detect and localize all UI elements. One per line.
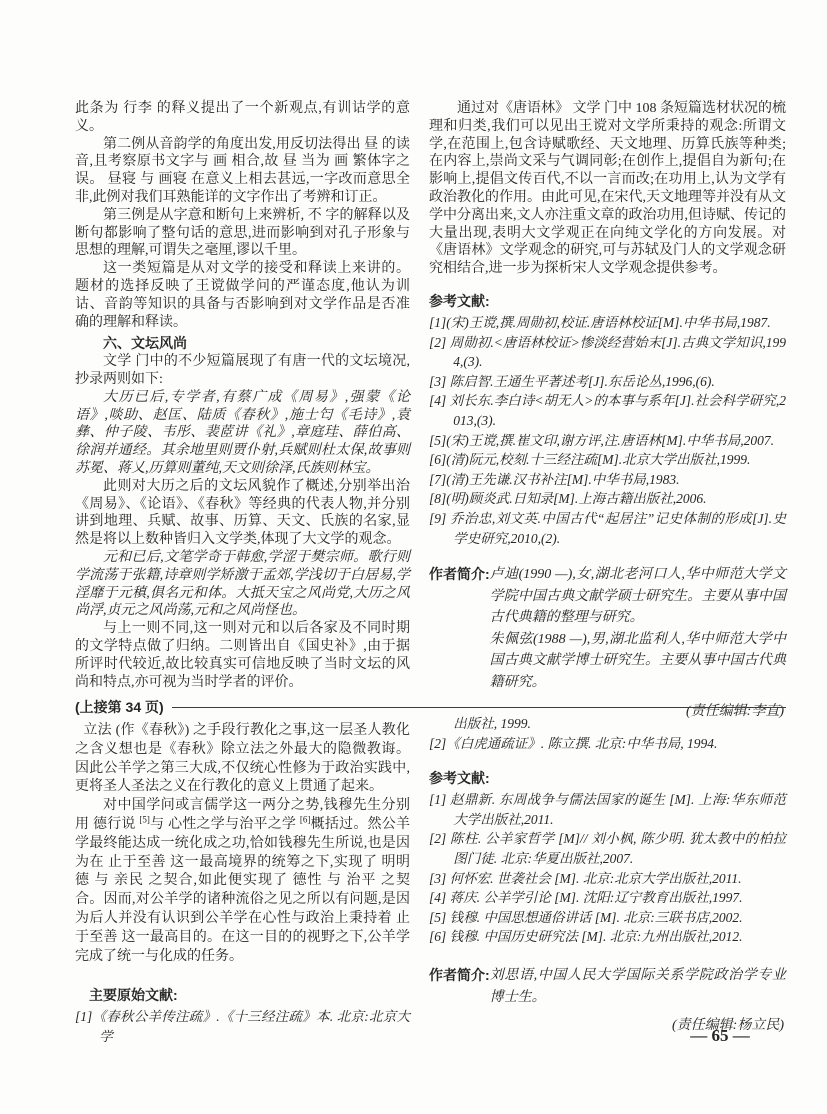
author-bio-entry: 刘思语,中国人民大学国际关系学院政治学专业博士生。 — [490, 965, 786, 1008]
author-bio-block: 作者简介: 卢迪(1990 —),女,湖北老河口人,华中师范大学文学院中国古典文… — [429, 564, 786, 694]
reference-item: [3] 何怀宏. 世袭社会 [M]. 北京:北京大学出版社,2011. — [429, 869, 786, 889]
author-bio-content: 刘思语,中国人民大学国际关系学院政治学专业博士生。 — [490, 965, 786, 1008]
reference-item: [6] 钱穆. 中国历史研究法 [M]. 北京:九州出版社,2012. — [429, 927, 786, 947]
footnote-marker: [5] — [139, 814, 150, 824]
paragraph: 此则对大历之后的文坛风貌作了概述,分别举出治《周易》、《论语》、《春秋》等经典的… — [75, 478, 410, 549]
paragraph: 第二例从音韵学的角度出发,用反切法得出 昼 的读音,且考察原书文字与 画 相合,… — [75, 136, 410, 207]
author-bio-label: 作者简介: — [429, 564, 490, 694]
block-quote: 元和已后,文笔学奇于韩愈,学涩于樊宗师。歌行则学流荡于张籍,诗章则学矫激于孟郊,… — [75, 549, 410, 620]
source-item: [1]《春秋公羊传注疏》.《十三经注疏》本. 北京:北京大学 — [75, 1007, 410, 1046]
reference-item: [2] 周勋初.<唐语林校证>惨淡经营始末[J].古典文学知识,1994,(3)… — [429, 333, 786, 372]
source-item-continuation: 出版社, 1999. — [429, 714, 786, 734]
block-quote: 大历已后,专学者,有蔡广成《周易》,强蒙《论语》,啖助、赵匡、陆质《春秋》,施士… — [75, 389, 410, 478]
reference-item: [1](宋)王谠,撰.周勋初,校证.唐语林校证[M].中华书局,1987. — [429, 313, 786, 333]
reference-item: [6](清)阮元,校刻.十三经注疏[M].北京大学出版社,1999. — [429, 450, 786, 470]
source-item: [2]《白虎通疏证》. 陈立撰. 北京:中华书局, 1994. — [429, 734, 786, 754]
author-bio-entry: 卢迪(1990 —),女,湖北老河口人,华中师范大学文学院中国古典文献学硕士研究… — [490, 564, 786, 629]
reference-item: [7](清)王先谦.汉书补注[M].中华书局,1983. — [429, 470, 786, 490]
continuation-label: (上接第 34 页) — [75, 697, 164, 717]
references-list: [1](宋)王谠,撰.周勋初,校证.唐语林校证[M].中华书局,1987. [2… — [429, 313, 786, 548]
paragraph: 第三例是从字意和断句上来辨析, 不 字的解释以及断句都影响了整句话的意思,进而影… — [75, 207, 410, 260]
primary-sources-continued: 出版社, 1999. [2]《白虎通疏证》. 陈立撰. 北京:中华书局, 199… — [429, 714, 786, 753]
section-heading: 六、文坛风尚 — [75, 335, 410, 353]
references-heading: 参考文献: — [429, 292, 786, 311]
author-bio-entry: 朱佩弦(1988 —),男,湖北监利人,华中师范大学中国古典文献学博士研究生。主… — [490, 629, 786, 694]
lower-right-column: 出版社, 1999. [2]《白虎通疏证》. 陈立撰. 北京:中华书局, 199… — [429, 714, 786, 1034]
author-bio-block: 作者简介: 刘思语,中国人民大学国际关系学院政治学专业博士生。 — [429, 965, 786, 1008]
references-list: [1] 赵鼎新. 东周战争与儒法国家的诞生 [M]. 上海:华东师范大学出版社,… — [429, 790, 786, 947]
lower-left-column: 立法 (作《春秋》) 之手段行教化之事,这一层圣人教化之含义想也是《春秋》除立法… — [75, 722, 410, 1047]
paragraph: 文学 门中的不少短篇展现了有唐一代的文坛境况,抄录两则如下: — [75, 353, 410, 389]
upper-right-column: 通过对《唐语林》 文学 门中 108 条短篇选材状况的梳理和归类,我们可以见出王… — [429, 100, 786, 720]
paragraph-text: 概括过。然公羊学最终能达成一统化成之功,恰如钱穆先生所说,也是因为在 止于至善 … — [75, 817, 410, 964]
paragraph: 对中国学问或言儒学这一两分之势,钱穆先生分别用 德行说 [5]与 心性之学与治平… — [75, 797, 410, 966]
footnote-marker: [6] — [300, 814, 311, 824]
paragraph: 立法 (作《春秋》) 之手段行教化之事,这一层圣人教化之含义想也是《春秋》除立法… — [75, 722, 410, 797]
paragraph: 通过对《唐语林》 文学 门中 108 条短篇选材状况的梳理和归类,我们可以见出王… — [429, 100, 786, 278]
references-heading: 参考文献: — [429, 769, 786, 788]
author-bio-content: 卢迪(1990 —),女,湖北老河口人,华中师范大学文学院中国古典文献学硕士研究… — [490, 564, 786, 694]
reference-item: [2] 陈柱. 公羊家哲学 [M]// 刘小枫, 陈少明. 犹太教中的柏拉图门徒… — [429, 829, 786, 868]
journal-page: 此条为 行李 的释义提出了一个新观点,有训诂学的意义。 第二例从音韵学的角度出发… — [0, 0, 827, 1114]
upper-left-column: 此条为 行李 的释义提出了一个新观点,有训诂学的意义。 第二例从音韵学的角度出发… — [75, 100, 410, 691]
reference-item: [1] 赵鼎新. 东周战争与儒法国家的诞生 [M]. 上海:华东师范大学出版社,… — [429, 790, 786, 829]
paragraph: 这一类短篇是从对文学的接受和释读上来讲的。题材的选择反映了王谠做学问的严谨态度,… — [75, 260, 410, 331]
primary-sources-list: [1]《春秋公羊传注疏》.《十三经注疏》本. 北京:北京大学 — [75, 1007, 410, 1046]
paragraph-text: 与 心性之学与治平之学 — [150, 817, 300, 832]
divider-rule — [172, 707, 786, 708]
paragraph: 此条为 行李 的释义提出了一个新观点,有训诂学的意义。 — [75, 100, 410, 136]
primary-sources-heading: 主要原始文献: — [75, 986, 410, 1005]
page-number: — 65 — — [655, 1026, 785, 1046]
reference-item: [4] 蒋庆. 公羊学引论 [M]. 沈阳:辽宁教育出版社,1997. — [429, 888, 786, 908]
reference-item: [5](宋)王谠,撰.崔文印,谢方评,注.唐语林[M].中华书局,2007. — [429, 431, 786, 451]
reference-item: [4] 刘长东.李白诗<胡无人>的本事与系年[J].社会科学研究,2013,(3… — [429, 391, 786, 430]
reference-item: [8](明)顾炎武.日知录[M].上海古籍出版社,2006. — [429, 489, 786, 509]
paragraph: 与上一则不同,这一则对元和以后各家及不同时期的文学特点做了归纳。二则皆出自《国史… — [75, 620, 410, 691]
reference-item: [9] 乔治忠,刘文英.中国古代“起居注”记史体制的形成[J].史学史研究,20… — [429, 509, 786, 548]
reference-item: [3] 陈启智.王通生平著述考[J].东岳论丛,1996,(6). — [429, 372, 786, 392]
reference-item: [5] 钱穆. 中国思想通俗讲话 [M]. 北京:三联书店,2002. — [429, 908, 786, 928]
author-bio-label: 作者简介: — [429, 965, 490, 1008]
